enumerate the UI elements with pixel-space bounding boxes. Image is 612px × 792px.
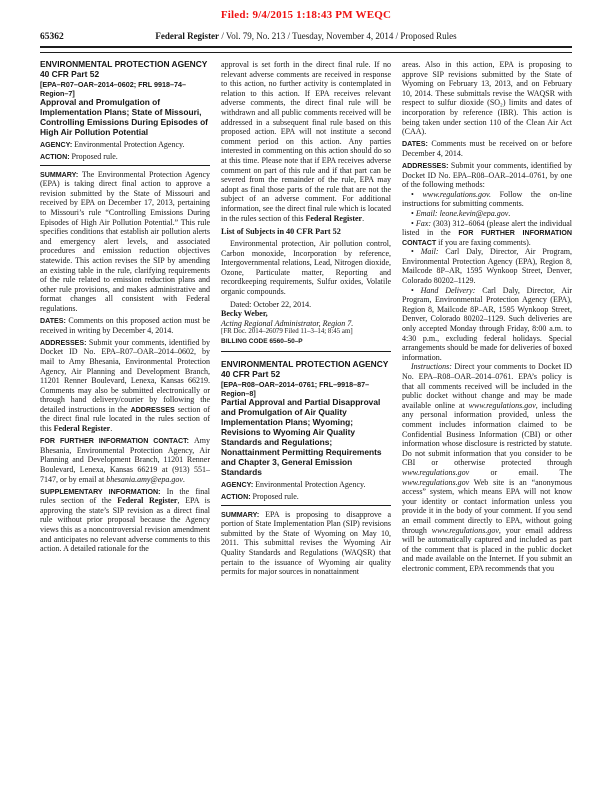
federal-register-page: Filed: 9/4/2015 1:18:43 PM WEQC 65362 Fe… — [0, 0, 612, 792]
header-rule — [40, 46, 572, 53]
three-column-body: ENVIRONMENTAL PROTECTION AGENCY 40 CFR P… — [40, 60, 572, 577]
doc1-agency-line: AGENCY: Environmental Protection Agency. — [40, 140, 210, 150]
doc1-signature-title: Acting Regional Administrator, Region 7. — [221, 319, 391, 329]
doc2-summary-rule — [221, 505, 391, 506]
doc1-contact: FOR FURTHER INFORMATION CONTACT: Amy Bhe… — [40, 436, 210, 484]
doc1-supplementary-continued: approval is set forth in the direct fina… — [221, 60, 391, 223]
doc1-subjects-heading: List of Subjects in 40 CFR Part 52 — [221, 227, 391, 237]
doc1-addresses: ADDRESSES: Submit your comments, identif… — [40, 338, 210, 434]
doc2-bullet-hand-delivery: • Hand Delivery: Carl Daly, Director, Ai… — [402, 286, 572, 363]
doc1-billing-code: BILLING CODE 6560–50–P — [221, 338, 391, 346]
doc2-docket-number: [EPA–R08–OAR–2014–0761; FRL–9918–87–Regi… — [221, 380, 391, 398]
doc1-dated-line: Dated: October 22, 2014. — [221, 300, 391, 310]
doc1-dates: DATES: Comments on this proposed action … — [40, 316, 210, 335]
column-3: areas. Also in this action, EPA is propo… — [402, 60, 572, 577]
doc2-cfr-part: 40 CFR Part 52 — [221, 370, 391, 380]
doc1-supplementary: SUPPLEMENTARY INFORMATION: In the final … — [40, 487, 210, 554]
doc1-docket-number: [EPA–R07–OAR–2014–0602; FRL 9918–74–Regi… — [40, 80, 210, 98]
column-2: approval is set forth in the direct fina… — [221, 60, 391, 577]
doc1-subjects-text: Environmental protection, Air pollution … — [221, 239, 391, 297]
doc2-agency-line: AGENCY: Environmental Protection Agency. — [221, 480, 391, 490]
doc1-signature-name: Becky Weber, — [221, 309, 391, 319]
doc2-dates: DATES: Comments must be received on or b… — [402, 139, 572, 158]
doc1-cfr-part: 40 CFR Part 52 — [40, 70, 210, 80]
doc2-action-line: ACTION: Proposed rule. — [221, 492, 391, 502]
document-separator-rule — [221, 351, 391, 352]
doc1-summary: SUMMARY: The Environmental Protection Ag… — [40, 170, 210, 314]
doc2-summary: SUMMARY: EPA is proposing to disapprove … — [221, 510, 391, 577]
column-1: ENVIRONMENTAL PROTECTION AGENCY 40 CFR P… — [40, 60, 210, 577]
page-number: 65362 — [40, 32, 110, 42]
doc1-summary-rule — [40, 165, 210, 166]
doc2-bullet-fax: • Fax: (303) 312–6064 (please alert the … — [402, 219, 572, 248]
doc2-bullet-regulations-gov: • www.regulations.gov. Follow the on-lin… — [402, 190, 572, 209]
doc2-bullet-mail: • Mail: Carl Daly, Director, Air Program… — [402, 247, 572, 285]
doc2-summary-continued: areas. Also in this action, EPA is propo… — [402, 60, 572, 137]
journal-header: Federal Register / Vol. 79, No. 213 / Tu… — [110, 31, 502, 41]
doc1-frdoc-line: [FR Doc. 2014–26079 Filed 11–3–14; 8:45 … — [221, 328, 391, 336]
doc2-title: Partial Approval and Partial Disapproval… — [221, 398, 391, 477]
doc1-title: Approval and Promulgation of Implementat… — [40, 98, 210, 138]
doc2-instructions: Instructions: Direct your comments to Do… — [402, 362, 572, 573]
doc2-addresses-intro: ADDRESSES: Submit your comments, identif… — [402, 161, 572, 190]
doc2-bullet-email: • Email: leone.kevin@epa.gov. — [402, 209, 572, 219]
page-header: 65362 Federal Register / Vol. 79, No. 21… — [40, 31, 572, 42]
filed-stamp: Filed: 9/4/2015 1:18:43 PM WEQC — [0, 9, 612, 21]
doc1-action-line: ACTION: Proposed rule. — [40, 152, 210, 162]
